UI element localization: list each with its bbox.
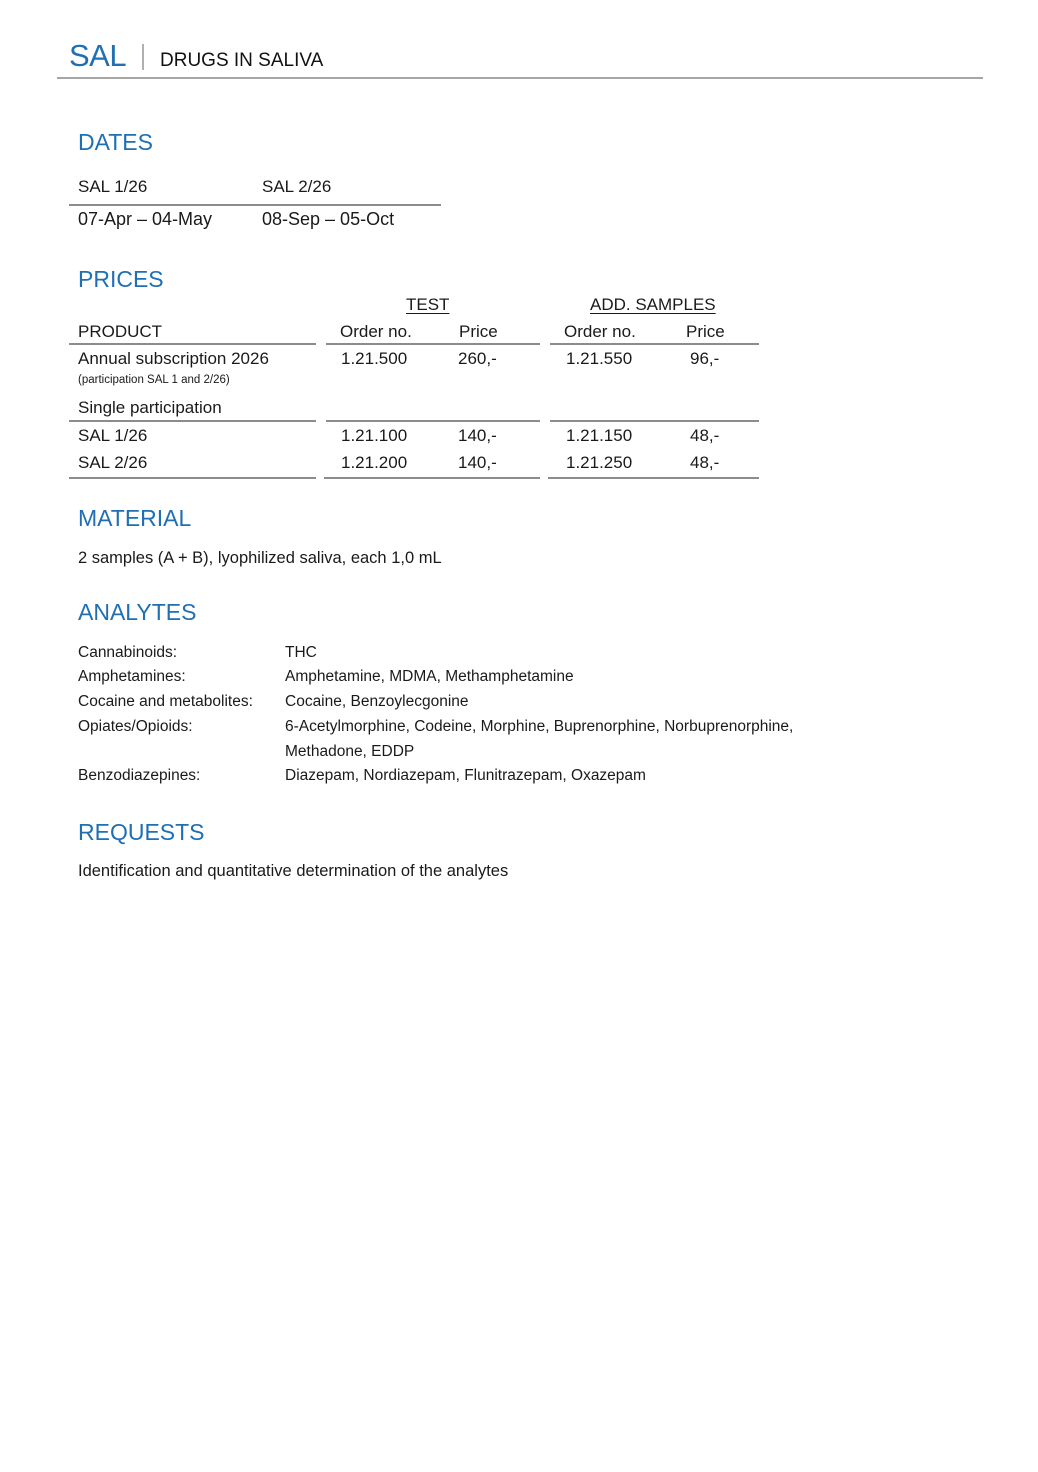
col-header-product: PRODUCT (78, 322, 162, 342)
analyte-list: Amphetamine, MDMA, Methamphetamine (285, 668, 574, 686)
dates-col-2: SAL 2/26 (262, 177, 331, 197)
test-price: 140,- (458, 453, 497, 473)
analyte-class: Opiates/Opioids: (78, 718, 193, 736)
test-order-no: 1.21.100 (341, 426, 407, 446)
prices-single-rule-product (69, 420, 316, 422)
section-title-material: MATERIAL (78, 505, 191, 532)
requests-text: Identification and quantitative determin… (78, 862, 508, 881)
analyte-class: Cocaine and metabolites: (78, 693, 253, 711)
program-code: SAL (69, 38, 126, 74)
test-order-no: 1.21.500 (341, 349, 407, 369)
add-order-no: 1.21.250 (566, 453, 632, 473)
group-header-add-samples: ADD. SAMPLES (590, 295, 716, 315)
program-title: DRUGS IN SALIVA (160, 50, 323, 72)
prices-header-rule-test (326, 343, 540, 345)
product-name: SAL 1/26 (78, 426, 147, 446)
add-order-no: 1.21.550 (566, 349, 632, 369)
analyte-list-continued: Methadone, EDDP (285, 743, 414, 761)
test-order-no: 1.21.200 (341, 453, 407, 473)
section-title-requests: REQUESTS (78, 819, 205, 846)
col-header-add-price: Price (686, 322, 725, 342)
test-price: 260,- (458, 349, 497, 369)
analyte-list: Diazepam, Nordiazepam, Flunitrazepam, Ox… (285, 767, 646, 785)
analyte-class: Benzodiazepines: (78, 767, 200, 785)
header-separator (142, 44, 144, 70)
section-title-analytes: ANALYTES (78, 599, 196, 626)
col-header-add-order: Order no. (564, 322, 636, 342)
test-price: 140,- (458, 426, 497, 446)
add-price: 48,- (690, 426, 719, 446)
product-name: Annual subscription 2026 (78, 349, 269, 369)
add-order-no: 1.21.150 (566, 426, 632, 446)
col-header-test-order: Order no. (340, 322, 412, 342)
dates-value-1: 07-Apr – 04-May (78, 209, 212, 230)
section-title-prices: PRICES (78, 266, 164, 293)
add-price: 48,- (690, 453, 719, 473)
analyte-list: THC (285, 644, 317, 662)
material-text: 2 samples (A + B), lyophilized saliva, e… (78, 549, 442, 568)
prices-single-rule-add (550, 420, 759, 422)
prices-bottom-rule-add (548, 477, 759, 479)
analyte-list: 6-Acetylmorphine, Codeine, Morphine, Bup… (285, 718, 793, 736)
add-price: 96,- (690, 349, 719, 369)
prices-bottom-rule-product (69, 477, 316, 479)
prices-header-rule-add (550, 343, 759, 345)
page-header: SAL DRUGS IN SALIVA (57, 36, 983, 79)
col-header-test-price: Price (459, 322, 498, 342)
prices-bottom-rule-test (324, 477, 540, 479)
analyte-class: Amphetamines: (78, 668, 186, 686)
single-participation-label: Single participation (78, 398, 222, 418)
dates-col-1: SAL 1/26 (78, 177, 147, 197)
prices-single-rule-test (326, 420, 540, 422)
analyte-list: Cocaine, Benzoylecgonine (285, 693, 469, 711)
group-header-test: TEST (406, 295, 449, 315)
product-name: SAL 2/26 (78, 453, 147, 473)
prices-header-rule-product (69, 343, 316, 345)
analyte-class: Cannabinoids: (78, 644, 177, 662)
dates-divider (69, 204, 441, 206)
dates-value-2: 08-Sep – 05-Oct (262, 209, 394, 230)
section-title-dates: DATES (78, 129, 153, 156)
product-note: (participation SAL 1 and 2/26) (78, 374, 230, 386)
